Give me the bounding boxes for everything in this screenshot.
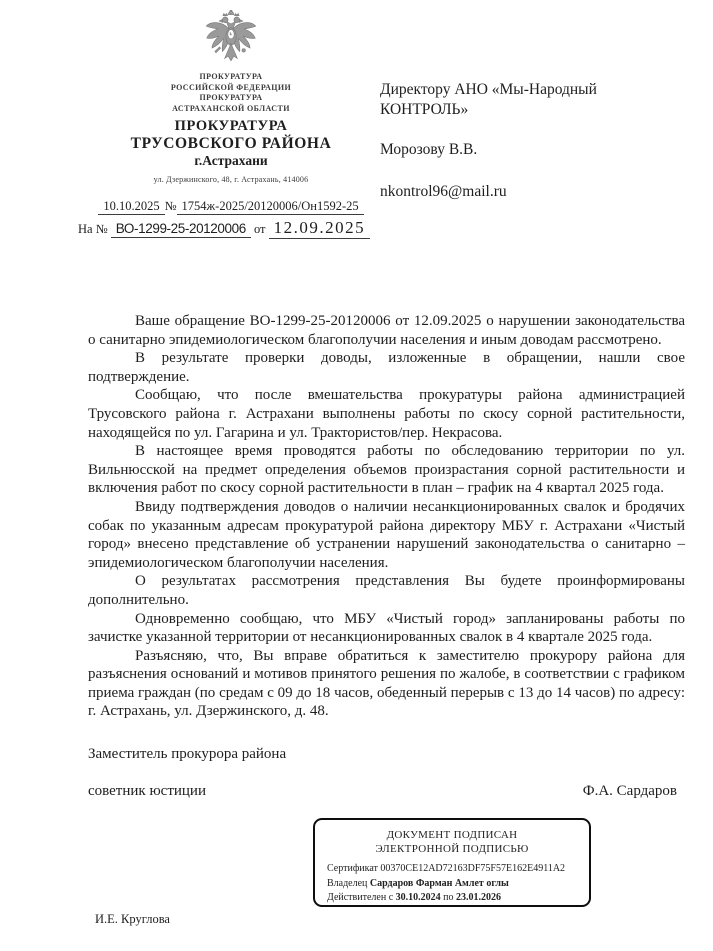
incoming-ref-from: от bbox=[254, 222, 266, 236]
body-paragraph: Сообщаю, что после вмешательства прокура… bbox=[88, 386, 685, 442]
signer-rank: советник юстиции bbox=[88, 783, 206, 800]
body-paragraph: В результате проверки доводы, изложенные… bbox=[88, 349, 685, 386]
body-paragraph: Одновременно сообщаю, что МБУ «Чистый го… bbox=[88, 610, 685, 647]
org-address: ул. Дзержинского, 48, г. Астрахань, 4140… bbox=[70, 175, 392, 184]
body-paragraph: В настоящее время проводятся работы по о… bbox=[88, 442, 685, 498]
validity-separator: по bbox=[443, 892, 453, 903]
owner-label: Владелец bbox=[327, 878, 367, 889]
org-line-prokuratura-rf-1: ПРОКУРАТУРА bbox=[70, 72, 392, 83]
stamp-owner-line: Владелец Сардаров Фарман Амлет оглы bbox=[327, 877, 589, 892]
stamp-certificate-line: Сертификат 00370CE12AD72163DF75F57E162E4… bbox=[327, 862, 589, 877]
org-name-line2: ТРУСОВСКОГО РАЙОНА bbox=[70, 135, 392, 153]
incoming-number: ВО-1299-25-20120006 bbox=[111, 221, 251, 238]
outgoing-number: 1754ж-2025/20120006/Он1592-25 bbox=[177, 199, 364, 215]
org-name-city: г.Астрахани bbox=[70, 153, 392, 169]
incoming-date: 12.09.2025 bbox=[269, 218, 371, 239]
validity-from: 30.10.2024 bbox=[396, 892, 441, 903]
recipient-block: Директору АНО «Мы-Народный КОНТРОЛЬ» Мор… bbox=[380, 80, 622, 202]
letter-body: Ваше обращение ВО-1299-25-20120006 от 12… bbox=[88, 312, 685, 721]
signer-name: Ф.А. Сардаров bbox=[583, 783, 677, 800]
number-sign: № bbox=[165, 199, 177, 213]
recipient-email: nkontrol96@mail.ru bbox=[380, 182, 622, 202]
letterhead: ПРОКУРАТУРА РОССИЙСКОЙ ФЕДЕРАЦИИ ПРОКУРА… bbox=[70, 10, 392, 238]
recipient-name: Морозову В.В. bbox=[380, 140, 622, 160]
outgoing-reference-line: 10.10.2025№1754ж-2025/20120006/Он1592-25 bbox=[70, 199, 392, 214]
incoming-reference-line: На № ВО-1299-25-20120006 от 12.09.2025 bbox=[70, 218, 392, 238]
stamp-title-line2: ЭЛЕКТРОННОЙ ПОДПИСЬЮ bbox=[315, 843, 589, 857]
certificate-value: 00370CE12AD72163DF75F57E162E4911A2 bbox=[380, 863, 565, 874]
stamp-validity-line: Действителен с 30.10.2024 по 23.01.2026 bbox=[327, 891, 589, 906]
stamp-title-line1: ДОКУМЕНТ ПОДПИСАН bbox=[315, 829, 589, 843]
org-line-region-2: АСТРАХАНСКОЙ ОБЛАСТИ bbox=[70, 104, 392, 115]
org-line-region-1: ПРОКУРАТУРА bbox=[70, 93, 392, 104]
executor-name: И.Е. Круглова bbox=[95, 912, 170, 927]
body-paragraph: Ваше обращение ВО-1299-25-20120006 от 12… bbox=[88, 312, 685, 349]
validity-label: Действителен с bbox=[327, 892, 393, 903]
coat-of-arms-icon bbox=[202, 10, 260, 70]
signer-position: Заместитель прокурора района bbox=[88, 746, 286, 763]
signature-row: советник юстиции Ф.А. Сардаров bbox=[88, 783, 677, 800]
e-signature-stamp: ДОКУМЕНТ ПОДПИСАН ЭЛЕКТРОННОЙ ПОДПИСЬЮ С… bbox=[313, 818, 591, 907]
org-line-prokuratura-rf-2: РОССИЙСКОЙ ФЕДЕРАЦИИ bbox=[70, 83, 392, 94]
outgoing-date: 10.10.2025 bbox=[98, 199, 164, 215]
body-paragraph: О результатах рассмотрения представления… bbox=[88, 572, 685, 609]
certificate-label: Сертификат bbox=[327, 863, 378, 874]
owner-value: Сардаров Фарман Амлет оглы bbox=[370, 878, 509, 889]
incoming-ref-prefix: На № bbox=[78, 222, 108, 236]
document-page: ПРОКУРАТУРА РОССИЙСКОЙ ФЕДЕРАЦИИ ПРОКУРА… bbox=[0, 0, 713, 951]
validity-to: 23.01.2026 bbox=[456, 892, 501, 903]
org-name-line1: ПРОКУРАТУРА bbox=[70, 118, 392, 135]
body-paragraph: Ввиду подтверждения доводов о наличии не… bbox=[88, 498, 685, 572]
body-paragraph: Разъясняю, что, Вы вправе обратиться к з… bbox=[88, 647, 685, 721]
recipient-organization: Директору АНО «Мы-Народный КОНТРОЛЬ» bbox=[380, 80, 622, 120]
